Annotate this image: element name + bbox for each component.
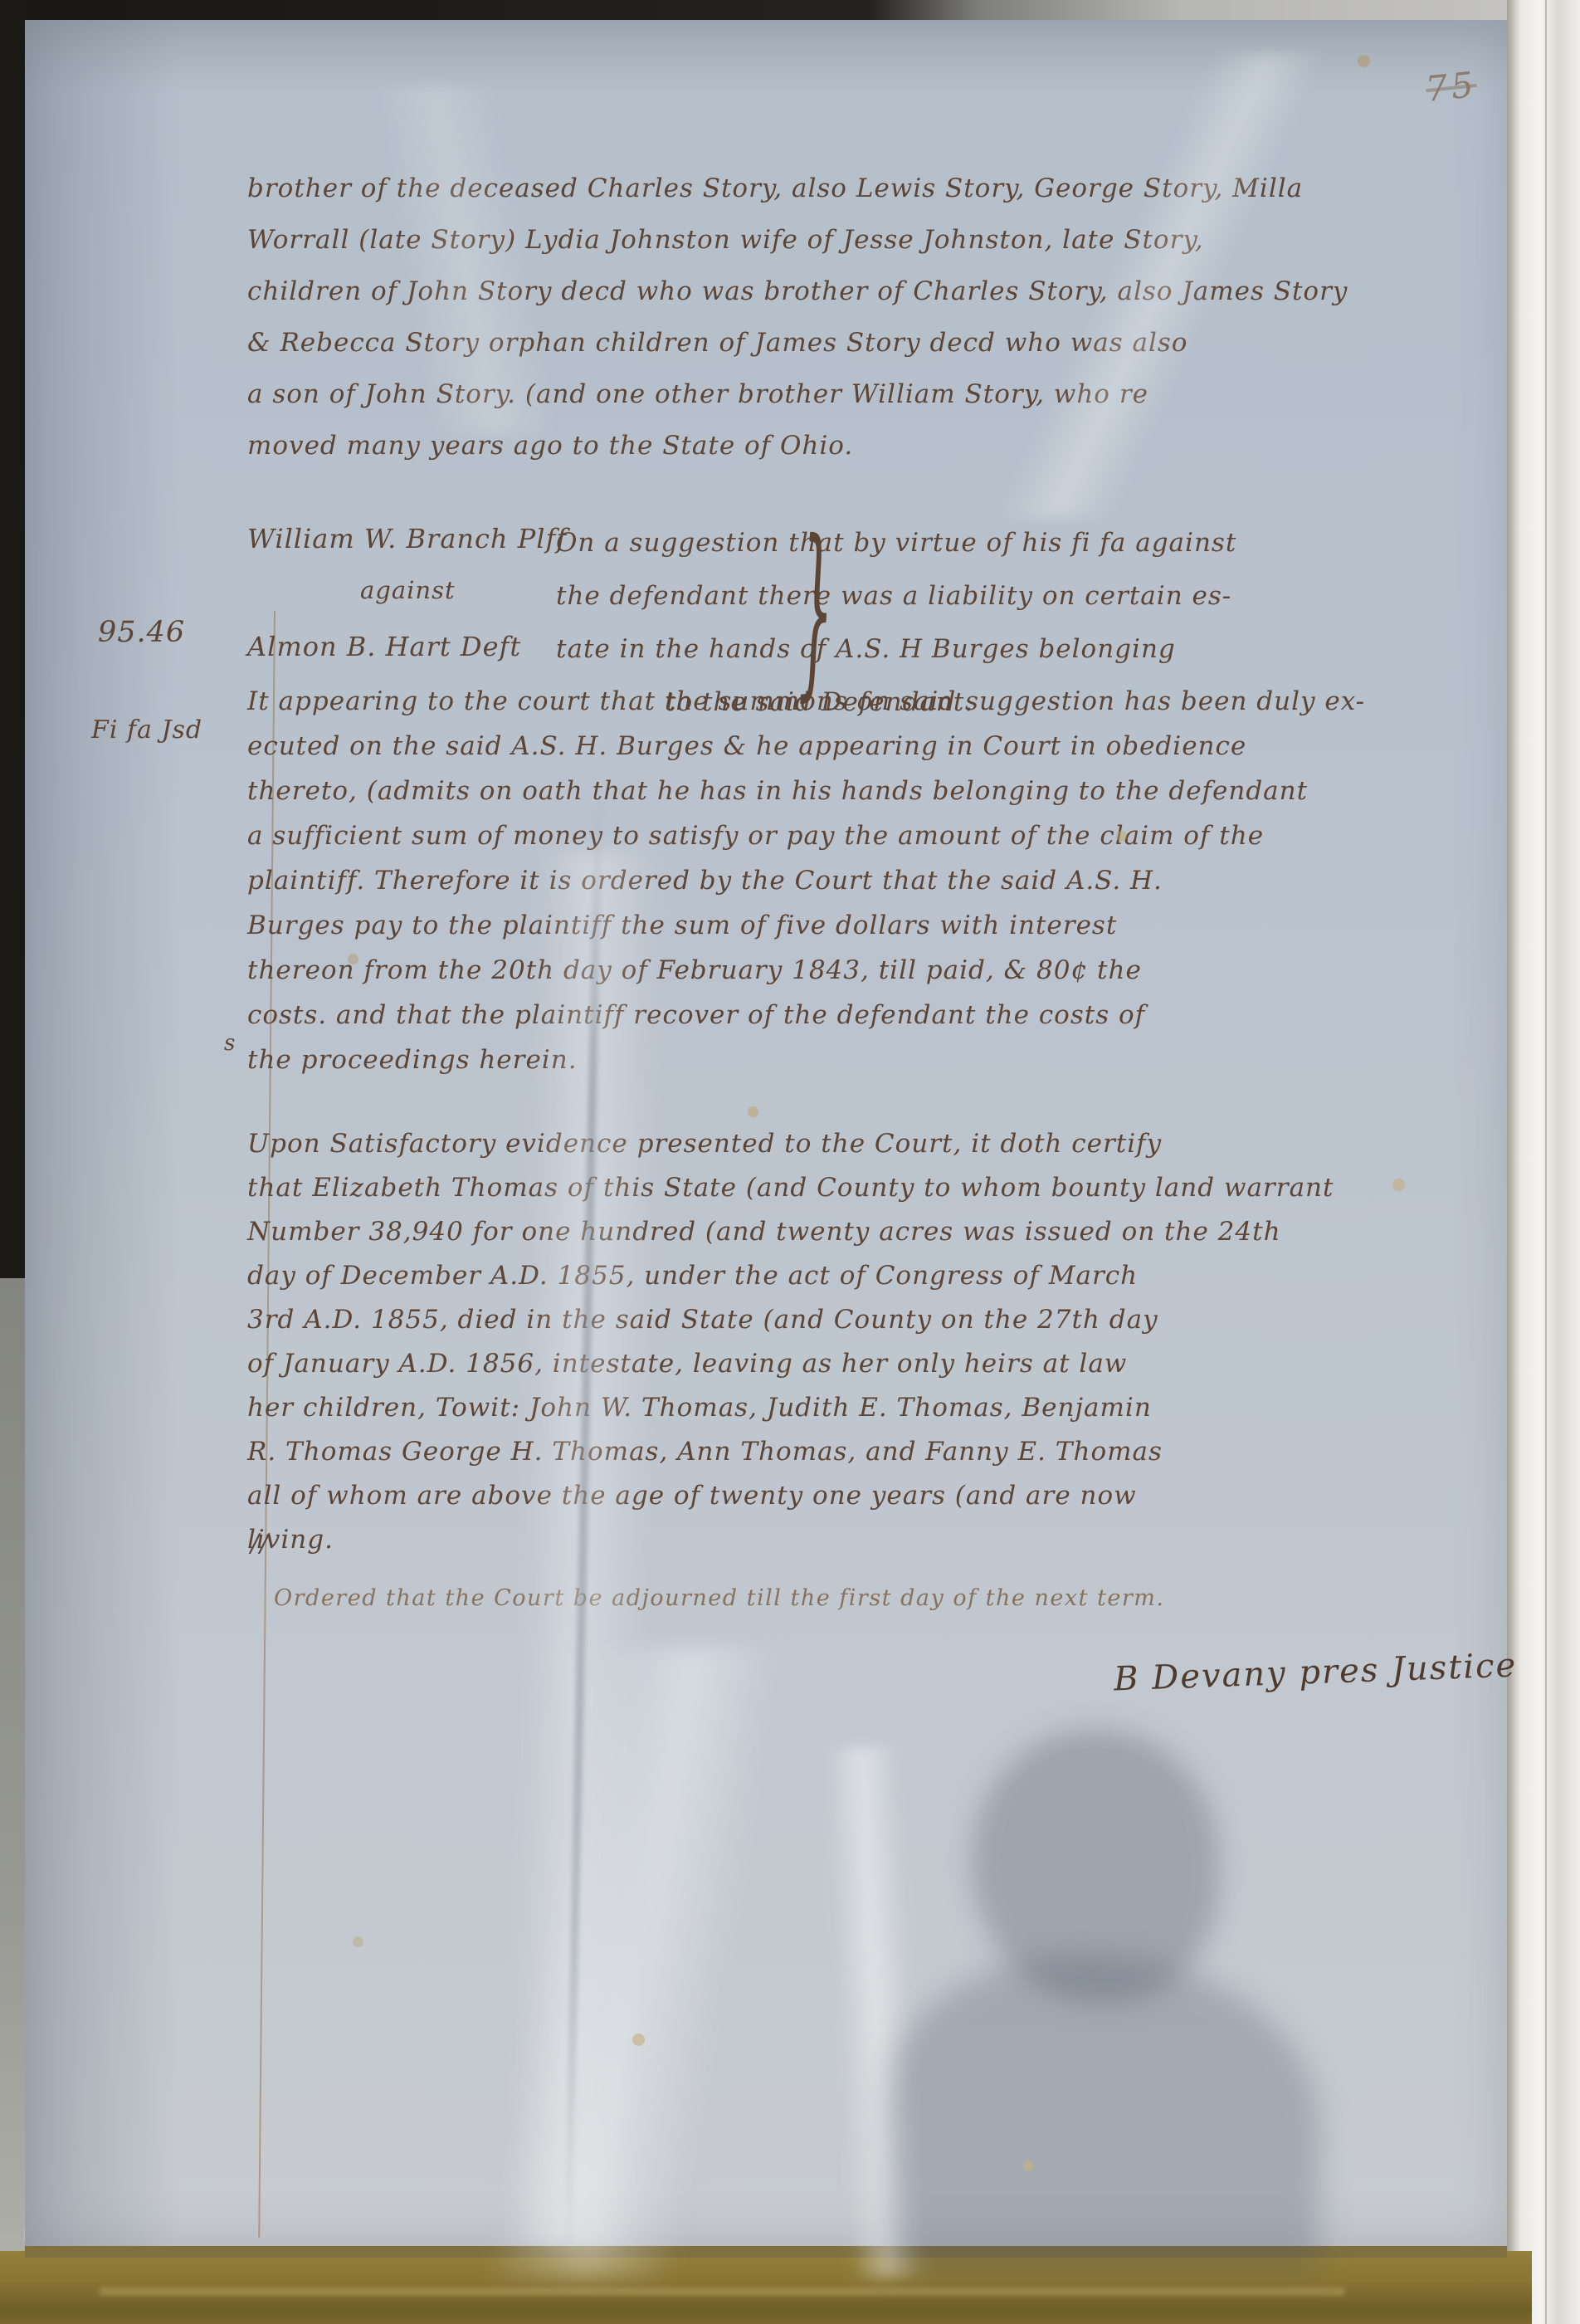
handwritten-line: Upon Satisfactory evidence presented to … [247,1122,1334,1166]
reflection-silhouette-body [888,1954,1319,2269]
handwritten-line: all of whom are above the age of twenty … [247,1474,1334,1518]
handwritten-line: day of December A.D. 1855, under the act… [247,1254,1334,1298]
page-top-shading [25,20,1507,95]
foxing-stains [25,20,31,26]
handwritten-line: living. [247,1518,1334,1562]
handwritten-line: 3rd A.D. 1855, died in the said State (a… [247,1298,1334,1342]
handwritten-line: thereon from the 20th day of February 18… [247,948,1365,993]
entry-story-heirs: brother of the deceased Charles Story, a… [247,163,1348,471]
handwritten-line: brother of the deceased Charles Story, a… [247,163,1348,214]
handwritten-line: the proceedings herein. [247,1037,1365,1082]
defendant-name: Almon B. Hart Deft [247,631,521,662]
handwritten-line: plaintiff. Therefore it is ordered by th… [247,858,1365,903]
case-caption-branch-v-hart: William W. Branch Plff against Almon B. … [247,508,1492,699]
handwritten-line: that Elizabeth Thomas of this State (and… [247,1166,1334,1210]
versus-label: against [360,576,456,604]
handwritten-line: her children, Towit: John W. Thomas, Jud… [247,1386,1334,1430]
handwritten-line: a sufficient sum of money to satisfy or … [247,813,1365,858]
reflection-silhouette-head [971,1730,1220,2004]
margin-note-fifa: Fi fa Jsd [91,715,202,745]
handwritten-line: ecuted on the said A.S. H. Burges & he a… [247,724,1365,769]
handwritten-line: Number 38,940 for one hundred (and twent… [247,1210,1334,1254]
scan-edge-left-dark [0,0,25,1278]
handwritten-line: Worrall (late Story) Lydia Johnston wife… [247,214,1348,266]
scanned-court-record: { "colors": { "ink": "#5d4535", "ink-fad… [0,0,1580,2324]
manuscript-page: 75 brother of the deceased Charles Story… [25,20,1507,2258]
handwritten-line: costs. and that the plaintiff recover of… [247,993,1365,1037]
handwritten-line: moved many years ago to the State of Ohi… [247,420,1348,471]
page-number: 75 [1424,64,1479,110]
wooden-table-sheen [100,2287,1344,2296]
entry-court-order: It appearing to the court that the summo… [247,679,1365,1082]
handwritten-line: thereto, (admits on oath that he has in … [247,769,1365,813]
adjournment-order: Ordered that the Court be adjourned till… [274,1585,1164,1611]
scan-edge-left-gray [0,1278,25,2324]
margin-tick-mark: s [224,1031,236,1056]
plastic-sheen [456,1647,805,2278]
handwritten-line: children of John Story decd who was brot… [247,266,1348,317]
handwritten-line: a son of John Story. (and one other brot… [247,369,1348,420]
handwritten-line: Burges pay to the plaintiff the sum of f… [247,903,1365,948]
reflection-glow [824,1745,926,2279]
plaintiff-name: William W. Branch Plff [247,523,567,554]
scan-edge-top [0,0,1580,20]
sleeve-edge-right [1507,0,1580,2324]
handwritten-line: R. Thomas George H. Thomas, Ann Thomas, … [247,1430,1334,1474]
handwritten-line: of January A.D. 1856, intestate, leaving… [247,1342,1334,1386]
entry-thomas-certificate: Upon Satisfactory evidence presented to … [247,1122,1334,1562]
handwritten-line: & Rebecca Story orphan children of James… [247,317,1348,369]
page-left-shading [25,20,207,2246]
margin-slash-mark: // [251,1529,269,1558]
justice-signature: B Devany pres Justice [1113,1647,1518,1699]
handwritten-line: It appearing to the court that the summo… [247,679,1365,724]
handwritten-line: tate in the hands of A.S. H Burges belon… [556,622,1236,676]
handwritten-line: the defendant there was a liability on c… [556,569,1236,622]
sleeve-edge-line [1545,0,1547,2324]
margin-note-amount: 95.46 [98,616,185,649]
handwritten-line: On a suggestion that by virtue of his fi… [556,516,1236,569]
